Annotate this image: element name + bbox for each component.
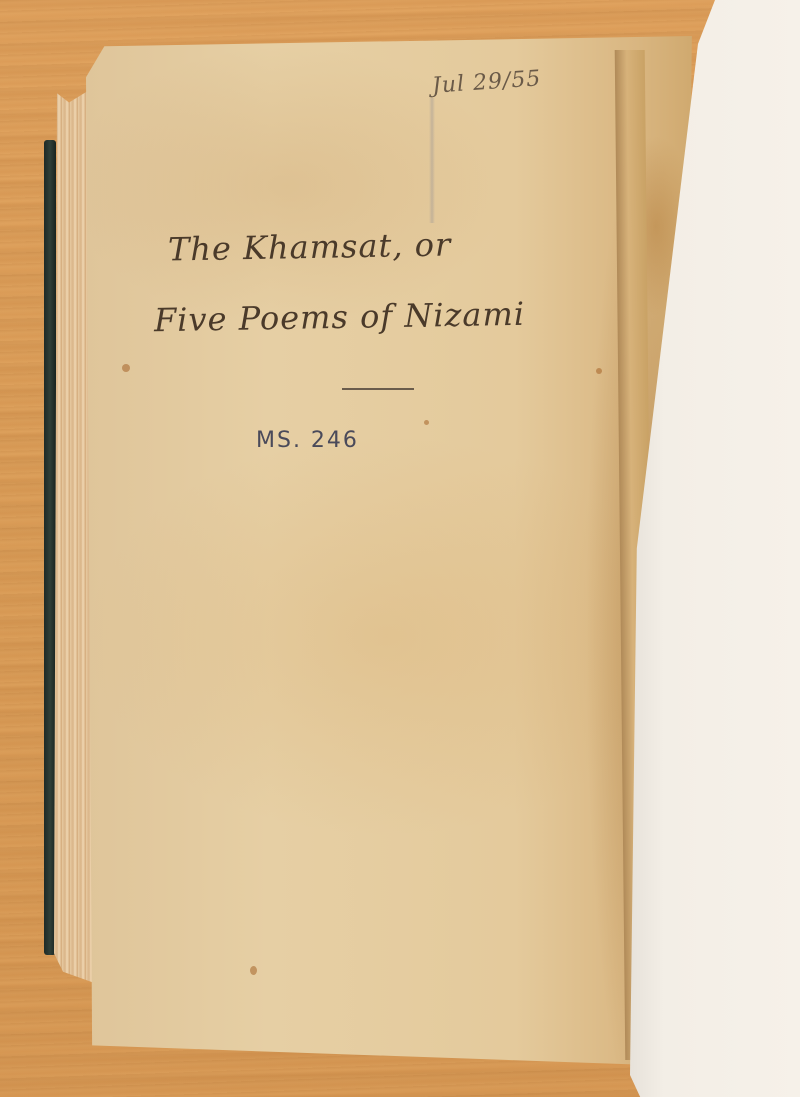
book-spine [44,140,56,955]
foxing-spot [424,420,429,425]
foxing-spot [250,966,257,975]
foxing-spot [596,368,602,374]
foxing-spot [122,364,130,372]
divider-rule [342,388,414,390]
title-line-2: Five Poems of Nizami [154,295,526,339]
fold-crease [429,98,435,223]
title-line-1: The Khamsat, or [168,226,452,269]
flyleaf [86,36,698,1066]
shelfmark: MS. 246 [256,428,359,453]
